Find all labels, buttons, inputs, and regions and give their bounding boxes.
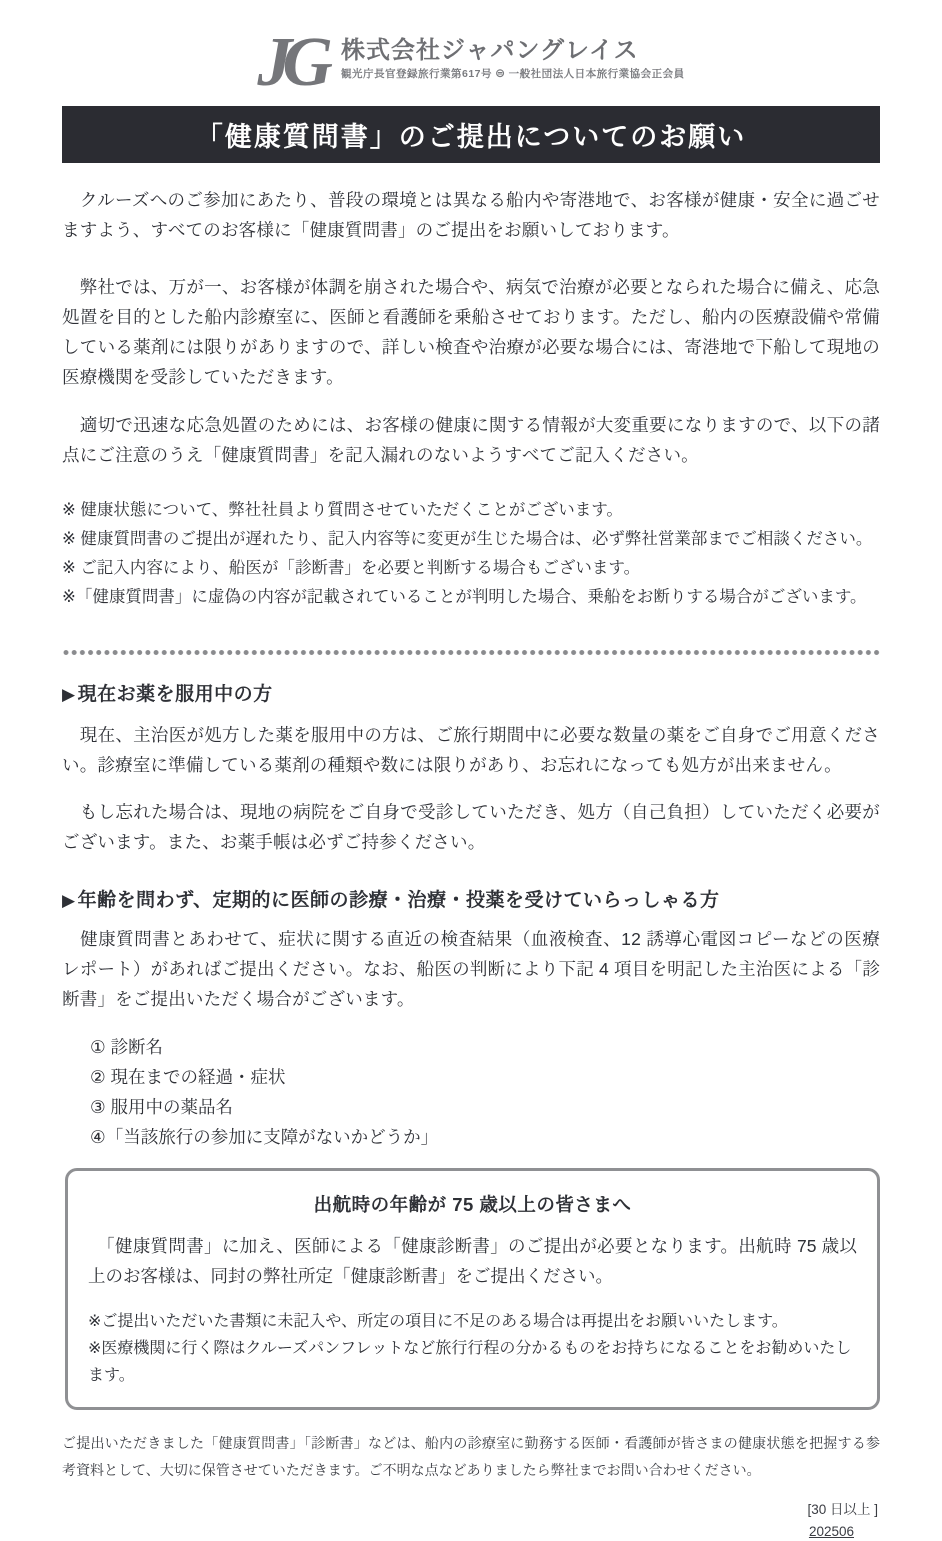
caution-note: ※ ご記入内容により、船医が「診断書」を必要と判断する場合もございます。 bbox=[62, 554, 880, 583]
senior-box-title: 出航時の年齢が 75 歳以上の皆さまへ bbox=[88, 1191, 857, 1217]
senior-box-note: ※医療機関に行く際はクルーズパンフレットなど旅行行程の分かるものをお持ちになるこ… bbox=[88, 1335, 857, 1389]
senior-notice-box: 出航時の年齢が 75 歳以上の皆さまへ 「健康質問書」に加え、医師による「健康診… bbox=[65, 1168, 880, 1411]
senior-box-notes: ※ご提出いただいた書類に未記入や、所定の項目に不足のある場合は再提出をお願いいた… bbox=[88, 1308, 857, 1389]
logo-subline: 観光庁長官登録旅行業第617号 ⊜ 一般社団法人日本旅行業協会正会員 bbox=[341, 66, 685, 81]
caution-note: ※ 健康質問書のご提出が遅れたり、記入内容等に変更が生じた場合は、必ず弊社営業部… bbox=[62, 525, 880, 554]
document-number: 202506 bbox=[809, 1524, 880, 1539]
logo-text-block: 株式会社ジャパングレイス 観光庁長官登録旅行業第617号 ⊜ 一般社団法人日本旅… bbox=[341, 38, 685, 81]
triangle-marker-icon: ▶ bbox=[62, 685, 76, 705]
caution-note: ※ 健康状態について、弊社社員より質問させていただくことがございます。 bbox=[62, 496, 880, 525]
senior-box-note: ※ご提出いただいた書類に未記入や、所定の項目に不足のある場合は再提出をお願いいた… bbox=[88, 1308, 857, 1335]
footer-section: ご提出いただきました「健康質問書」「診断書」などは、船内の診療室に勤務する医師・… bbox=[0, 1430, 942, 1541]
medication-paragraph-2: もし忘れた場合は、現地の病院をご自身で受診していただき、処方（自己負担）していた… bbox=[62, 797, 880, 857]
title-banner: 「健康質問書」のご提出についてのお願い bbox=[62, 106, 880, 163]
senior-box-body: 「健康質問書」に加え、医師による「健康診断書」のご提出が必要となります。出航時 … bbox=[88, 1231, 857, 1291]
footer-note: ご提出いただきました「健康質問書」「診断書」などは、船内の診療室に勤務する医師・… bbox=[62, 1430, 880, 1484]
intro-paragraph-1: クルーズへのご参加にあたり、普段の環境とは異なる船内や寄港地で、お客様が健康・安… bbox=[62, 185, 880, 245]
duration-tag: [30 日以上 ] bbox=[62, 1498, 880, 1518]
company-logo: JG 株式会社ジャパングレイス 観光庁長官登録旅行業第617号 ⊜ 一般社団法人… bbox=[0, 26, 942, 92]
medication-paragraph-1: 現在、主治医が処方した薬を服用中の方は、ご旅行期間中に必要な数量の薬をご自身でご… bbox=[62, 720, 880, 780]
document-page: JG 株式会社ジャパングレイス 観光庁長官登録旅行業第617号 ⊜ 一般社団法人… bbox=[0, 0, 942, 1541]
list-item: ① 診断名 bbox=[62, 1032, 880, 1062]
section-heading-label: 年齢を問わず、定期的に医師の診療・治療・投薬を受けていらっしゃる方 bbox=[78, 885, 720, 912]
list-item: ③ 服用中の薬品名 bbox=[62, 1092, 880, 1122]
regular-treatment-paragraph: 健康質問書とあわせて、症状に関する直近の検査結果（血液検査、12 誘導心電図コピ… bbox=[62, 924, 880, 1014]
section-heading-medication: ▶ 現在お薬を服用中の方 bbox=[62, 679, 880, 706]
list-item: ② 現在までの経過・症状 bbox=[62, 1062, 880, 1092]
section-heading-regular-treatment: ▶ 年齢を問わず、定期的に医師の診療・治療・投薬を受けていらっしゃる方 bbox=[62, 885, 880, 912]
registration-number: 観光庁長官登録旅行業第617号 bbox=[341, 66, 492, 81]
dotted-divider bbox=[62, 648, 880, 657]
membership-text: 一般社団法人日本旅行業協会正会員 bbox=[509, 66, 685, 81]
section-heading-label: 現在お薬を服用中の方 bbox=[78, 679, 273, 706]
company-name: 株式会社ジャパングレイス bbox=[341, 38, 685, 64]
caution-notes: ※ 健康状態について、弊社社員より質問させていただくことがございます。 ※ 健康… bbox=[62, 496, 880, 612]
intro-section: クルーズへのご参加にあたり、普段の環境とは異なる船内や寄港地で、お客様が健康・安… bbox=[0, 185, 942, 1152]
doc-number-row: 202506 bbox=[62, 1518, 880, 1541]
list-item: ④「当該旅行の参加に支障がないかどうか」 bbox=[62, 1122, 880, 1152]
triangle-marker-icon: ▶ bbox=[62, 891, 76, 911]
intro-paragraph-2: 弊社では、万が一、お客様が体調を崩された場合や、病気で治療が必要となられた場合に… bbox=[62, 272, 880, 392]
caution-note: ※「健康質問書」に虚偽の内容が記載されていることが判明した場合、乗船をお断りする… bbox=[62, 583, 880, 612]
page-title: 「健康質問書」のご提出についてのお願い bbox=[196, 115, 746, 154]
jg-logo-icon: JG bbox=[257, 33, 335, 93]
required-items-list: ① 診断名 ② 現在までの経過・症状 ③ 服用中の薬品名 ④「当該旅行の参加に支… bbox=[62, 1032, 880, 1152]
jata-emblem-icon: ⊜ bbox=[495, 67, 506, 79]
intro-paragraph-3: 適切で迅速な応急処置のためには、お客様の健康に関する情報が大変重要になりますので… bbox=[62, 410, 880, 470]
